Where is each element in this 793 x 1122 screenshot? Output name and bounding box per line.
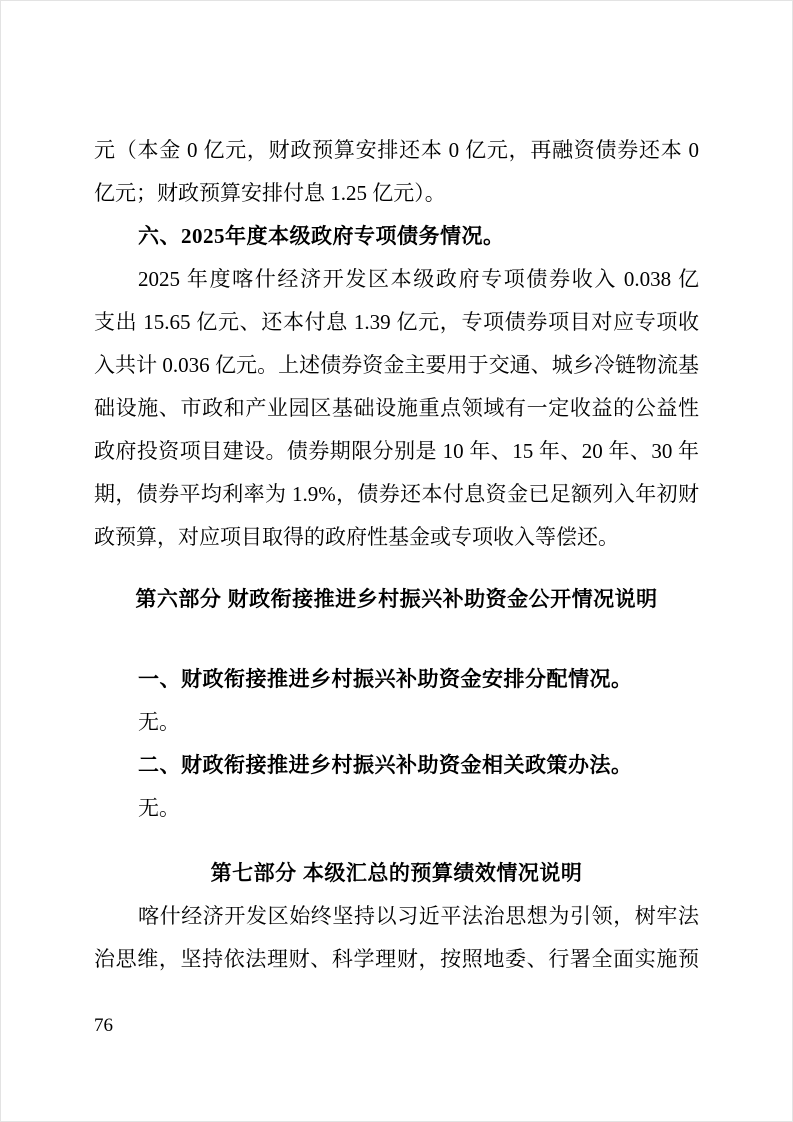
document-body: 元（本金 0 亿元，财政预算安排还本 0 亿元，再融资债券还本 0 亿元；财政预…: [94, 129, 699, 981]
body-line-none: 无。: [94, 787, 699, 830]
body-line: 2025 年度喀什经济开发区本级政府专项债券收入 0.038 亿元、: [94, 258, 699, 301]
item-heading-one: 一、财政衔接推进乡村振兴补助资金安排分配情况。: [94, 658, 699, 701]
body-line: 础设施、市政和产业园区基础设施重点领域有一定收益的公益性: [94, 387, 699, 430]
item-heading-six: 六、2025年度本级政府专项债务情况。: [94, 215, 699, 258]
body-line: 亿元；财政预算安排付息 1.25 亿元）。: [94, 172, 699, 215]
body-line-none: 无。: [94, 701, 699, 744]
section-seven-title: 第七部分 本级汇总的预算绩效情况说明: [94, 852, 699, 895]
item-heading-two: 二、财政衔接推进乡村振兴补助资金相关政策办法。: [94, 744, 699, 787]
body-line: 支出 15.65 亿元、还本付息 1.39 亿元，专项债券项目对应专项收: [94, 301, 699, 344]
section-six-title: 第六部分 财政衔接推进乡村振兴补助资金公开情况说明: [94, 578, 699, 621]
body-line: 喀什经济开发区始终坚持以习近平法治思想为引领，树牢法: [94, 895, 699, 938]
body-line: 治思维，坚持依法理财、科学理财，按照地委、行署全面实施预: [94, 938, 699, 981]
document-page: 元（本金 0 亿元，财政预算安排还本 0 亿元，再融资债券还本 0 亿元；财政预…: [0, 0, 793, 1122]
body-line: 元（本金 0 亿元，财政预算安排还本 0 亿元，再融资债券还本 0: [94, 129, 699, 172]
body-line: 政预算，对应项目取得的政府性基金或专项收入等偿还。: [94, 516, 699, 559]
body-line: 入共计 0.036 亿元。上述债券资金主要用于交通、城乡冷链物流基: [94, 344, 699, 387]
body-line: 政府投资项目建设。债券期限分别是 10 年、15 年、20 年、30 年: [94, 430, 699, 473]
page-number: 76: [94, 1006, 113, 1046]
body-line: 期，债券平均利率为 1.9%，债券还本付息资金已足额列入年初财: [94, 473, 699, 516]
